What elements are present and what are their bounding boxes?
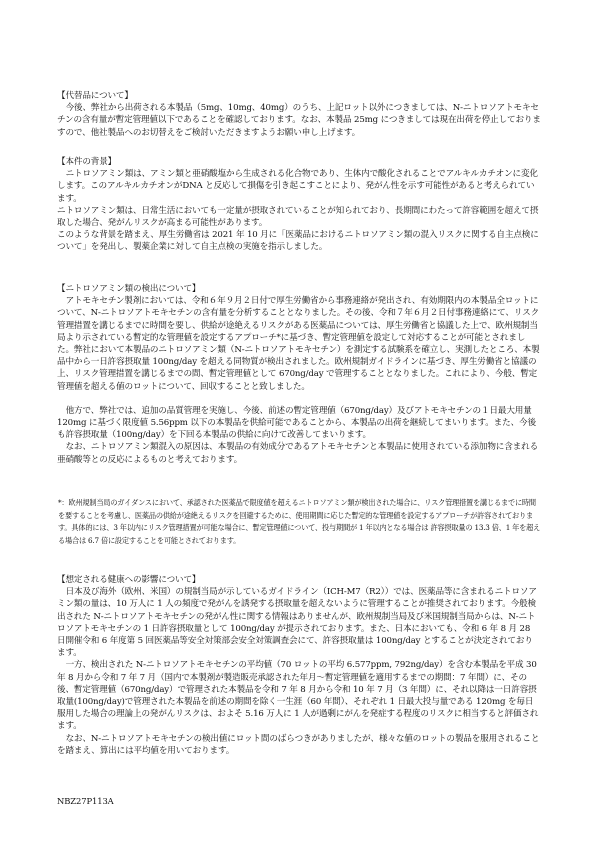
footnote-text: 欧州規制当局のガイダンスにおいて、承認された医薬品で限度値を超えるニトロソアミン… <box>58 498 540 545</box>
document-code: NBZ27P113A <box>57 796 114 806</box>
footnote-mark: *： <box>58 498 68 507</box>
section-heading: 【想定される健康への影響について】 <box>57 574 541 586</box>
section-alternatives: 【代替品について】 今後、弊社から出荷される本製品（5mg、10mg、40mg）… <box>57 90 541 139</box>
section-heading: 【ニトロソアミン類の検出について】 <box>57 283 541 295</box>
paragraph: 他方で、弊社では、追加の品質管理を実施し、今後、前述の暫定管理値（670ng/d… <box>57 405 541 442</box>
paragraph: ニトロソアミン類は、アミン類と亜硝酸塩から生成される化合物であり、生体内で酸化さ… <box>57 168 541 205</box>
paragraph: このような背景を踏まえ、厚生労働省は 2021 年 10 月に「医薬品におけるニ… <box>57 229 541 253</box>
paragraph: 今後、弊社から出荷される本製品（5mg、10mg、40mg）のうち、上記ロット以… <box>57 102 541 139</box>
section-heading: 【本件の背景】 <box>57 156 541 168</box>
paragraph: 一方、検出された N-ニトロソアトモキセチンの平均値（70 ロットの平均 6.5… <box>57 659 541 732</box>
paragraph: なお、ニトロソアミン類混入の原因は、本製品の有効成分であるアトモキセチンと本製品… <box>57 441 541 465</box>
paragraph: ニトロソアミン類は、日常生活においても一定量が摂取されていることが知られており、… <box>57 205 541 229</box>
section-heading: 【代替品について】 <box>57 90 541 102</box>
paragraph: アトモキセチン製剤においては、令和６年９月２日付で厚生労働省から事務連絡が発出さ… <box>57 295 541 393</box>
section-health-impact: 【想定される健康への影響について】 日本及び海外（欧州、米国）の規制当局が示して… <box>57 574 541 757</box>
paragraph: 日本及び海外（欧州、米国）の規制当局が示しているガイドライン（ICH-M7（R2… <box>57 586 541 659</box>
section-detection: 【ニトロソアミン類の検出について】 アトモキセチン製剤においては、令和６年９月２… <box>57 283 541 466</box>
footnote: *：欧州規制当局のガイダンスにおいて、承認された医薬品で限度値を超えるニトロソア… <box>58 497 541 547</box>
paragraph: なお、N-ニトロソアトモキセチンの検出値にロット間のばらつきがありましたが、様々… <box>57 733 541 757</box>
section-background: 【本件の背景】 ニトロソアミン類は、アミン類と亜硝酸塩から生成される化合物であり… <box>57 156 541 254</box>
